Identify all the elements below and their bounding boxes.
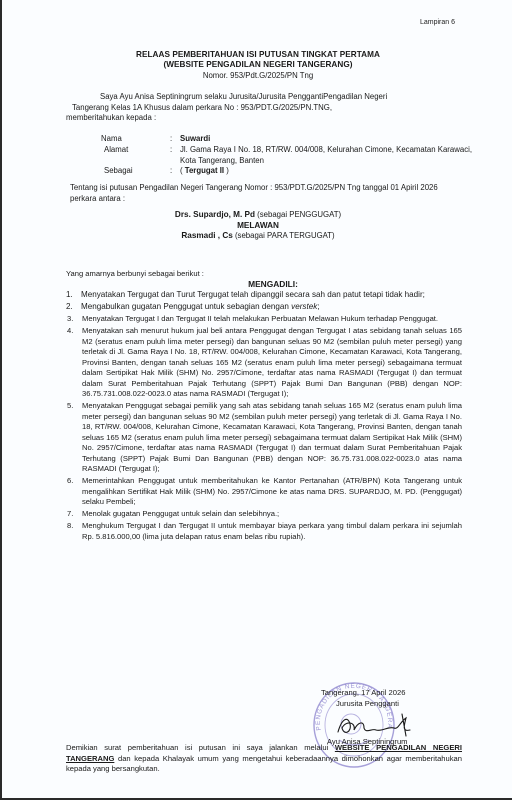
defendant-name: Rasmadi , Cs bbox=[181, 231, 232, 240]
signature-place-date: Tangerang, 17 April 2026 bbox=[321, 688, 405, 697]
item-text: Menolak gugatan Penggugat untuk selain d… bbox=[82, 509, 279, 518]
address-value: Jl. Gama Raya I No. 18, RT/RW. 004/008, … bbox=[180, 145, 472, 167]
intro-line: Tangerang Kelas 1A Khusus dalam perkara … bbox=[66, 103, 461, 114]
name-value: Suwardi bbox=[180, 134, 472, 145]
verdict-item: 6.Memerintahkan Penggugat untuk memberit… bbox=[66, 476, 462, 508]
closing-paragraph: Demikian surat pemberitahuan isi putusan… bbox=[66, 743, 462, 775]
intro-line: memberitahukan kepada : bbox=[66, 113, 461, 124]
colon: : bbox=[170, 134, 180, 145]
item-text: Mengabulkan gugatan Penggugat untuk seba… bbox=[81, 302, 291, 311]
verdict-item: 1.Menyatakan Tergugat dan Turut Tergugat… bbox=[66, 290, 462, 301]
title-line-2: (WEBSITE PENGADILAN NEGERI TANGERANG) bbox=[2, 60, 512, 70]
versus-label: MELAWAN bbox=[2, 221, 512, 232]
signature-role: Jurusita Pengganti bbox=[336, 699, 399, 708]
role-value: ( Tergugat II ) bbox=[180, 166, 472, 177]
intro-paragraph: Saya Ayu Anisa Septiningrum selaku Jurus… bbox=[66, 92, 461, 124]
recipient-details: Nama : Suwardi Alamat : Jl. Gama Raya I … bbox=[101, 134, 472, 177]
item-text: Menghukum Tergugat I dan Tergugat II unt… bbox=[82, 521, 462, 541]
item-number: 6. bbox=[67, 476, 73, 487]
attachment-label: Lampiran 6 bbox=[420, 19, 455, 26]
plaintiff-name: Drs. Supardjo, M. Pd bbox=[175, 210, 255, 219]
defendant-line: Rasmadi , Cs (sebagai PARA TERGUGAT) bbox=[2, 231, 512, 242]
title-line-1: RELAAS PEMBERITAHUAN ISI PUTUSAN TINGKAT… bbox=[2, 50, 512, 60]
role-paren-close: ) bbox=[224, 166, 229, 175]
item-number: 2. bbox=[66, 302, 73, 313]
verdict-intro: Yang amarnya berbunyi sebagai berikut : bbox=[66, 269, 204, 279]
intro-line: Saya Ayu Anisa Septiningrum selaku Jurus… bbox=[66, 92, 461, 103]
item-number: 3. bbox=[67, 314, 73, 325]
item-text: Menyatakan Penggugat sebagai pemilik yan… bbox=[82, 401, 462, 473]
item-number: 8. bbox=[67, 521, 73, 532]
role-label: Sebagai bbox=[101, 166, 170, 177]
closing-text: Demikian surat pemberitahuan isi putusan… bbox=[66, 743, 335, 752]
plaintiff-role: (sebagai PENGGUGAT) bbox=[255, 210, 341, 219]
recipient-role-row: Sebagai : ( Tergugat II ) bbox=[101, 166, 472, 177]
verdict-list: 1.Menyatakan Tergugat dan Turut Tergugat… bbox=[66, 290, 462, 544]
colon: : bbox=[170, 145, 180, 167]
item-text: ; bbox=[317, 302, 319, 311]
case-parties: Drs. Supardjo, M. Pd (sebagai PENGGUGAT)… bbox=[2, 210, 512, 242]
item-number: 1. bbox=[66, 290, 73, 301]
item-text: Menyatakan Tergugat I dan Tergugat II te… bbox=[82, 314, 438, 323]
verdict-item: 2.Mengabulkan gugatan Penggugat untuk se… bbox=[66, 302, 462, 313]
address-label: Alamat bbox=[101, 145, 170, 167]
item-text: Menyatakan sah menurut hukum jual beli a… bbox=[82, 326, 462, 398]
name-label: Nama bbox=[101, 134, 170, 145]
item-text: Menyatakan Tergugat dan Turut Tergugat t… bbox=[81, 290, 425, 299]
item-text-italic: verstek bbox=[291, 302, 317, 311]
case-number: Nomor. 953/Pdt.G/2025/PN Tng bbox=[2, 70, 512, 81]
verdict-item: 7.Menolak gugatan Penggugat untuk selain… bbox=[66, 509, 462, 520]
defendant-role: (sebagai PARA TERGUGAT) bbox=[233, 231, 335, 240]
recipient-address-row: Alamat : Jl. Gama Raya I No. 18, RT/RW. … bbox=[101, 145, 472, 167]
verdict-item: 3.Menyatakan Tergugat I dan Tergugat II … bbox=[66, 314, 462, 325]
closing-text: dan kepada Khalayak umum yang mengetahui… bbox=[66, 754, 462, 774]
verdict-item: 8.Menghukum Tergugat I dan Tergugat II u… bbox=[66, 521, 462, 542]
handwritten-signature-icon bbox=[320, 710, 430, 740]
colon: : bbox=[170, 166, 180, 177]
document-page: Lampiran 6 RELAAS PEMBERITAHUAN ISI PUTU… bbox=[0, 0, 512, 800]
item-number: 5. bbox=[67, 401, 73, 412]
document-title: RELAAS PEMBERITAHUAN ISI PUTUSAN TINGKAT… bbox=[2, 50, 512, 81]
item-number: 7. bbox=[67, 509, 73, 520]
plaintiff-line: Drs. Supardjo, M. Pd (sebagai PENGGUGAT) bbox=[2, 210, 512, 221]
verdict-item: 4.Menyatakan sah menurut hukum jual beli… bbox=[66, 326, 462, 400]
item-text: Memerintahkan Penggugat untuk memberitah… bbox=[82, 476, 462, 506]
recipient-name-row: Nama : Suwardi bbox=[101, 134, 472, 145]
regarding-paragraph: Tentang isi putusan Pengadilan Negeri Ta… bbox=[70, 183, 463, 204]
verdict-heading: MENGADILI: bbox=[2, 279, 512, 290]
item-number: 4. bbox=[67, 326, 73, 337]
role-text: Tergugat II bbox=[185, 166, 224, 175]
verdict-item: 5.Menyatakan Penggugat sebagai pemilik y… bbox=[66, 401, 462, 475]
